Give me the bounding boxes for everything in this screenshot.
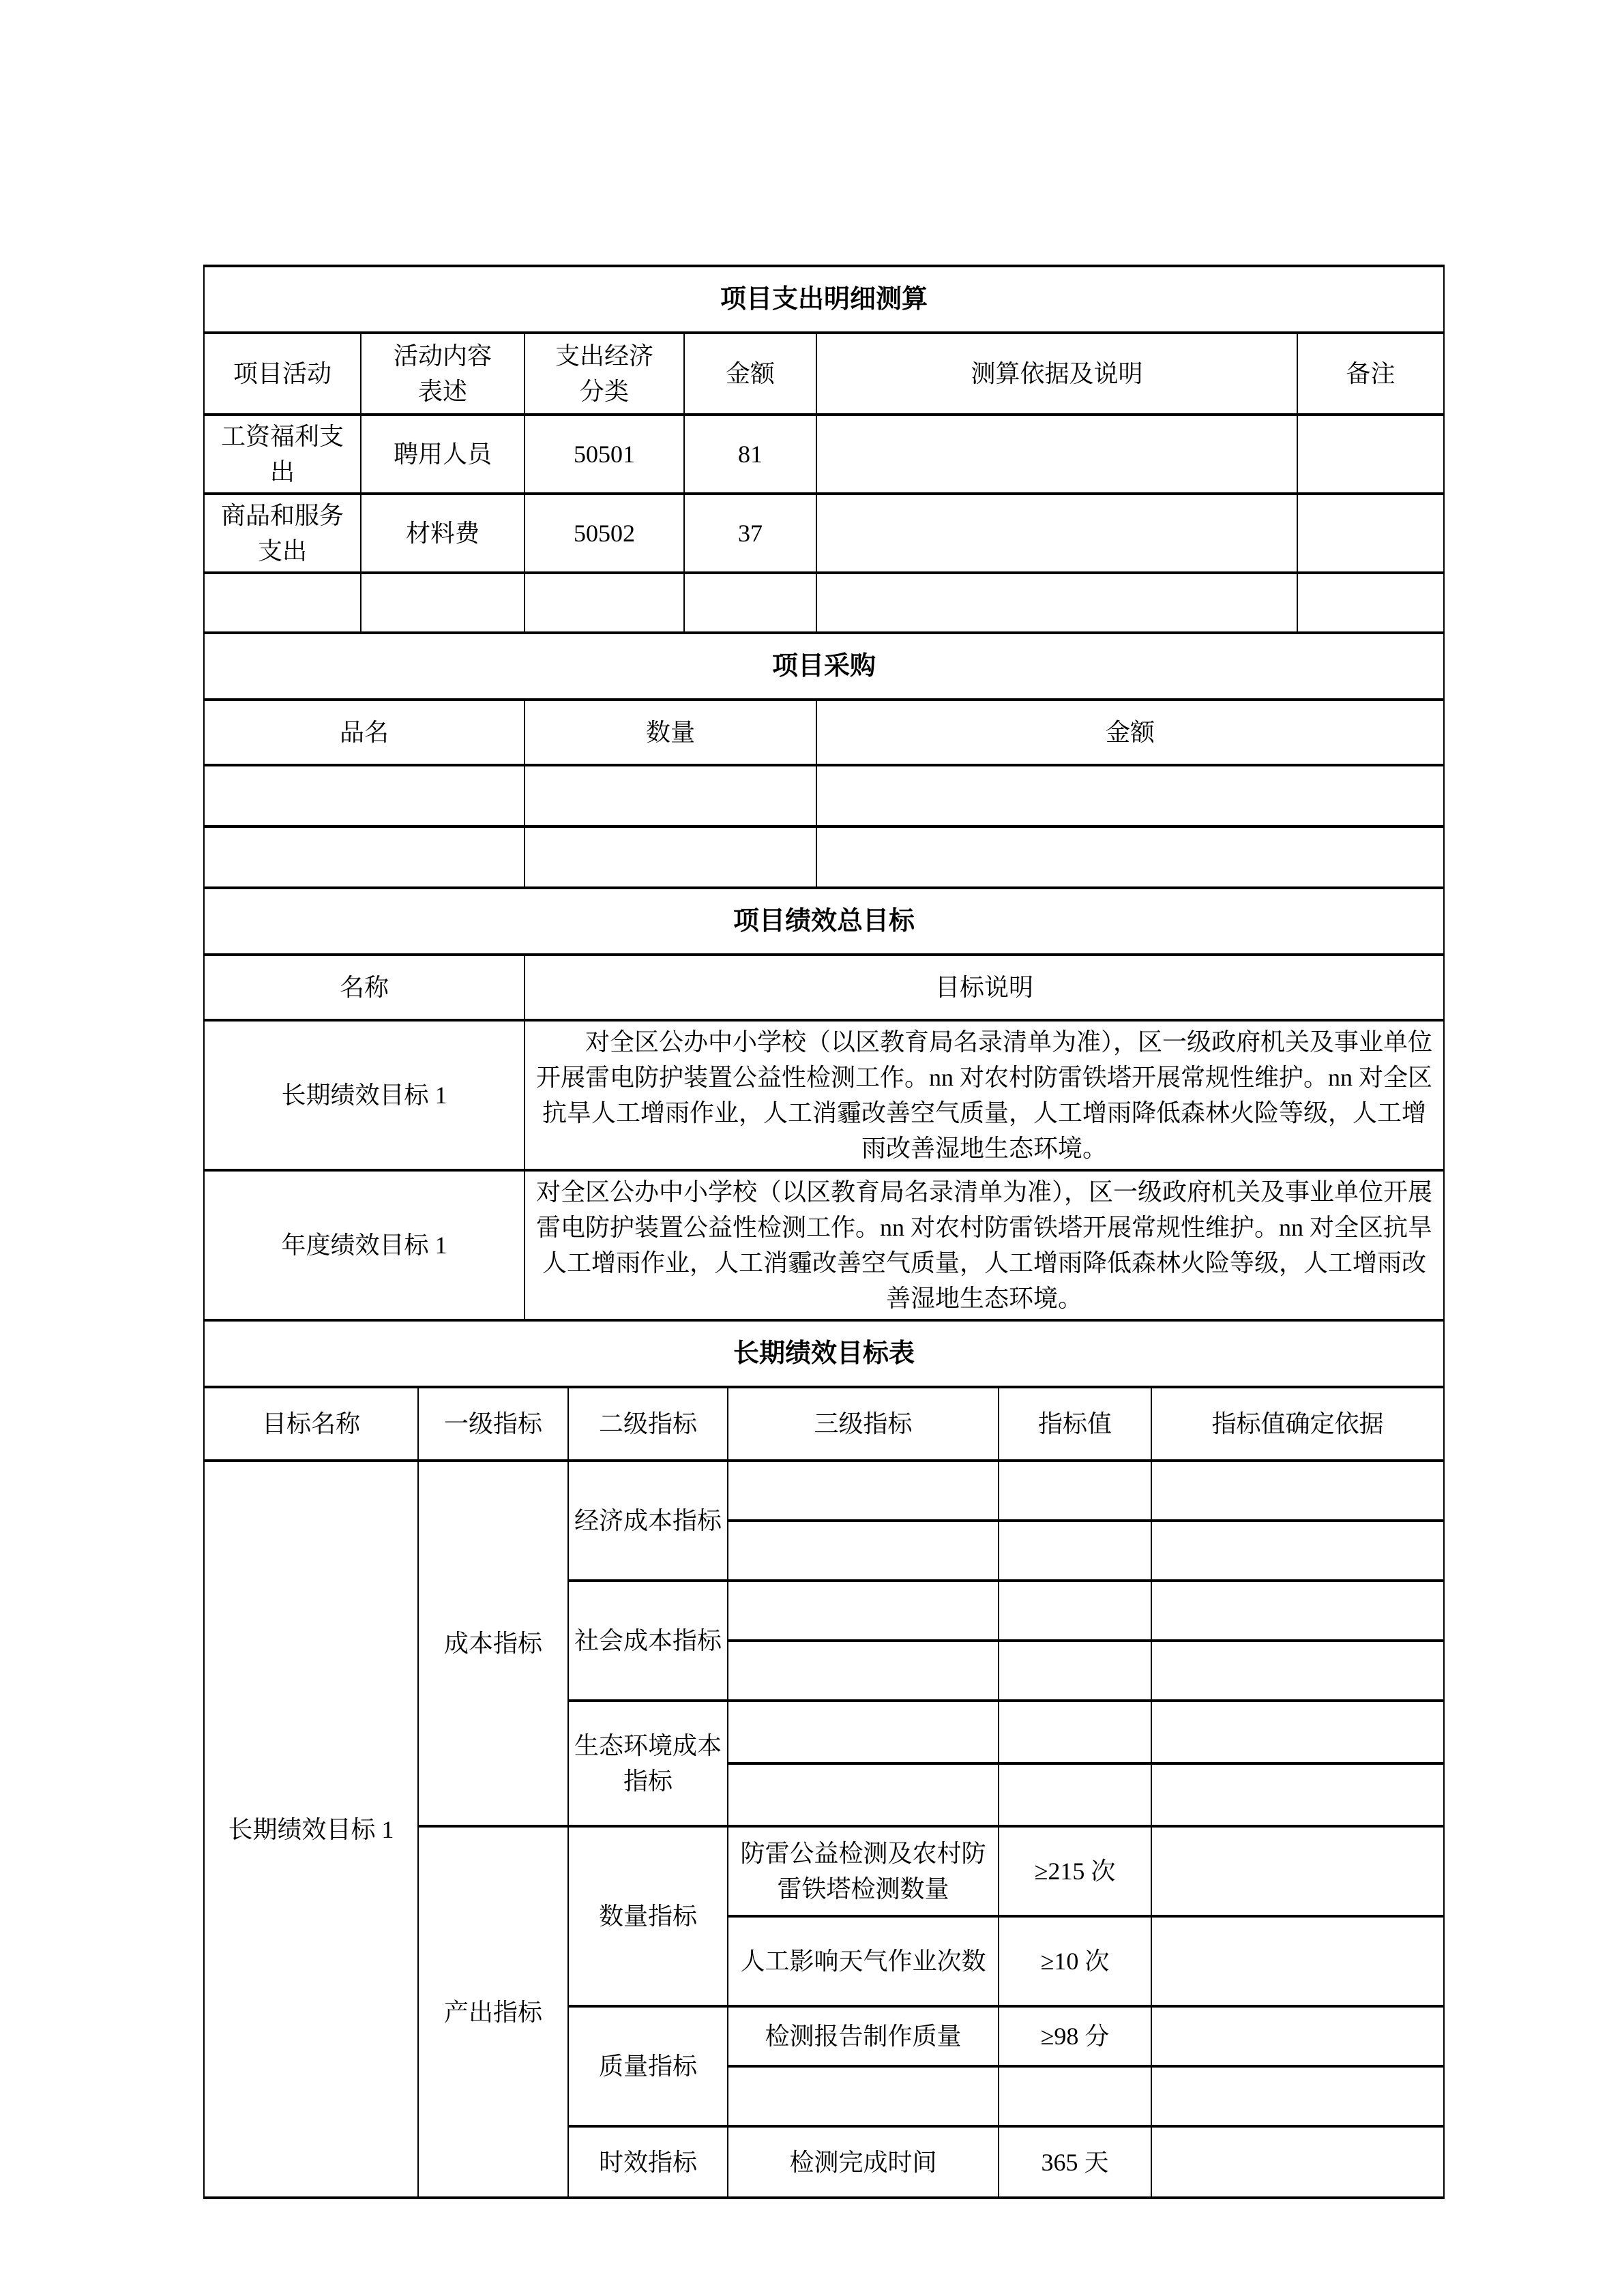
- expense-cell-amount: 37: [684, 494, 816, 573]
- indicator-value-cell: [999, 1701, 1151, 1763]
- indicator-value-cell: [999, 1461, 1151, 1521]
- expense-cell-content: 聘用人员: [361, 415, 525, 494]
- indicator-basis-cell: [1151, 1701, 1444, 1763]
- overall-goal-row: 年度绩效目标 1 对全区公办中小学校（以区教育局名录清单为准），区一级政府机关及…: [204, 1170, 1444, 1320]
- expense-cell-amount: [684, 573, 816, 633]
- level3-cell: [728, 1641, 999, 1701]
- procurement-cell-name: [204, 826, 525, 888]
- longterm-header-level3: 三级指标: [728, 1387, 999, 1461]
- procurement-row-empty: [204, 826, 1444, 888]
- procurement-table-title: 项目采购: [204, 633, 1444, 700]
- longterm-header-basis: 指标值确定依据: [1151, 1387, 1444, 1461]
- expense-row-empty: [204, 573, 1444, 633]
- indicator-basis-cell: [1151, 1641, 1444, 1701]
- procurement-table: 项目采购 品名 数量 金额: [203, 631, 1445, 889]
- expense-cell-activity: [204, 573, 361, 633]
- level3-cell: 检测完成时间: [728, 2126, 999, 2198]
- expense-cell-note: [1297, 573, 1444, 633]
- expense-header-activity: 项目活动: [204, 333, 361, 415]
- indicator-value-cell: ≥215 次: [999, 1826, 1151, 1916]
- longterm-indicator-table: 长期绩效目标表 目标名称 一级指标 二级指标 三级指标 指标值 指标值确定依据 …: [203, 1319, 1445, 2199]
- annual-goal-description: 对全区公办中小学校（以区教育局名录清单为准），区一级政府机关及事业单位开展雷电防…: [525, 1170, 1444, 1320]
- level3-cell: [728, 1763, 999, 1826]
- indicator-basis-cell: [1151, 1826, 1444, 1916]
- procurement-cell-quantity: [525, 765, 816, 826]
- expense-detail-table: 项目支出明细测算 项目活动 活动内容表述 支出经济分类 金额 测算依据及说明 备…: [203, 265, 1445, 634]
- expense-header-amount: 金额: [684, 333, 816, 415]
- level2-quantity-cell: 数量指标: [568, 1826, 728, 2006]
- longterm-header-value: 指标值: [999, 1387, 1151, 1461]
- level1-cost-cell: 成本指标: [418, 1461, 568, 1826]
- expense-table-title: 项目支出明细测算: [204, 266, 1444, 333]
- procurement-header-name: 品名: [204, 700, 525, 765]
- indicator-value-cell: [999, 1581, 1151, 1641]
- level2-economic-cell: 经济成本指标: [568, 1461, 728, 1581]
- level3-cell: [728, 1581, 999, 1641]
- expense-cell-econ-class: 50502: [525, 494, 684, 573]
- indicator-basis-cell: [1151, 1581, 1444, 1641]
- document-page: { "document": { "background_color": "#ff…: [0, 0, 1624, 2296]
- longterm-goal-description: 对全区公办中小学校（以区教育局名录清单为准），区一级政府机关及事业单位开展雷电防…: [525, 1020, 1444, 1170]
- indicator-value-cell: ≥10 次: [999, 1916, 1151, 2006]
- procurement-header-row: 品名 数量 金额: [204, 700, 1444, 765]
- overall-goal-header-description: 目标说明: [525, 955, 1444, 1020]
- procurement-cell-amount: [816, 765, 1444, 826]
- expense-cell-content: 材料费: [361, 494, 525, 573]
- expense-header-content: 活动内容表述: [361, 333, 525, 415]
- expense-cell-activity: 商品和服务支出: [204, 494, 361, 573]
- overall-goal-table: 项目绩效总目标 名称 目标说明 长期绩效目标 1 对全区公办中小学校（以区教育局…: [203, 886, 1445, 1322]
- procurement-cell-amount: [816, 826, 1444, 888]
- longterm-header-row: 目标名称 一级指标 二级指标 三级指标 指标值 指标值确定依据: [204, 1387, 1444, 1461]
- level3-cell: 人工影响天气作业次数: [728, 1916, 999, 2006]
- level3-cell: 防雷公益检测及农村防雷铁塔检测数量: [728, 1826, 999, 1916]
- indicator-basis-cell: [1151, 2066, 1444, 2126]
- expense-cell-econ-class: [525, 573, 684, 633]
- procurement-row-empty: [204, 765, 1444, 826]
- procurement-header-quantity: 数量: [525, 700, 816, 765]
- expense-header-row: 项目活动 活动内容表述 支出经济分类 金额 测算依据及说明 备注: [204, 333, 1444, 415]
- indicator-basis-cell: [1151, 1461, 1444, 1521]
- expense-header-basis: 测算依据及说明: [816, 333, 1297, 415]
- indicator-basis-cell: [1151, 1763, 1444, 1826]
- indicator-basis-cell: [1151, 2006, 1444, 2066]
- goal-name-cell: 长期绩效目标 1: [204, 1461, 418, 2198]
- overall-goal-table-title: 项目绩效总目标: [204, 888, 1444, 955]
- level2-ecological-cell: 生态环境成本指标: [568, 1701, 728, 1826]
- procurement-cell-name: [204, 765, 525, 826]
- longterm-header-goal-name: 目标名称: [204, 1387, 418, 1461]
- expense-row: 工资福利支出 聘用人员 50501 81: [204, 415, 1444, 494]
- expense-row: 商品和服务支出 材料费 50502 37: [204, 494, 1444, 573]
- overall-goal-row: 长期绩效目标 1 对全区公办中小学校（以区教育局名录清单为准），区一级政府机关及…: [204, 1020, 1444, 1170]
- expense-header-note: 备注: [1297, 333, 1444, 415]
- expense-cell-basis: [816, 494, 1297, 573]
- level3-cell: [728, 2066, 999, 2126]
- expense-cell-basis: [816, 573, 1297, 633]
- procurement-header-amount: 金额: [816, 700, 1444, 765]
- level2-quality-cell: 质量指标: [568, 2006, 728, 2126]
- level2-social-cell: 社会成本指标: [568, 1581, 728, 1701]
- indicator-value-cell: [999, 1763, 1151, 1826]
- indicator-value-cell: [999, 2066, 1151, 2126]
- expense-cell-activity: 工资福利支出: [204, 415, 361, 494]
- level3-cell: [728, 1521, 999, 1581]
- expense-cell-basis: [816, 415, 1297, 494]
- indicator-value-cell: ≥98 分: [999, 2006, 1151, 2066]
- expense-cell-amount: 81: [684, 415, 816, 494]
- level3-cell: [728, 1701, 999, 1763]
- expense-cell-note: [1297, 494, 1444, 573]
- overall-goal-header-row: 名称 目标说明: [204, 955, 1444, 1020]
- indicator-row: 长期绩效目标 1 成本指标 经济成本指标: [204, 1461, 1444, 1521]
- indicator-value-cell: [999, 1521, 1151, 1581]
- level2-timeliness-cell: 时效指标: [568, 2126, 728, 2198]
- procurement-cell-quantity: [525, 826, 816, 888]
- longterm-header-level1: 一级指标: [418, 1387, 568, 1461]
- indicator-basis-cell: [1151, 2126, 1444, 2198]
- level3-cell: [728, 1461, 999, 1521]
- longterm-goal-name: 长期绩效目标 1: [204, 1020, 525, 1170]
- level1-output-cell: 产出指标: [418, 1826, 568, 2198]
- annual-goal-name: 年度绩效目标 1: [204, 1170, 525, 1320]
- indicator-value-cell: [999, 1641, 1151, 1701]
- expense-header-econ-class: 支出经济分类: [525, 333, 684, 415]
- indicator-value-cell: 365 天: [999, 2126, 1151, 2198]
- overall-goal-header-name: 名称: [204, 955, 525, 1020]
- expense-cell-econ-class: 50501: [525, 415, 684, 494]
- document-sheet: 项目支出明细测算 项目活动 活动内容表述 支出经济分类 金额 测算依据及说明 备…: [203, 265, 1443, 2199]
- indicator-basis-cell: [1151, 1521, 1444, 1581]
- indicator-basis-cell: [1151, 1916, 1444, 2006]
- longterm-table-title: 长期绩效目标表: [204, 1320, 1444, 1387]
- expense-cell-content: [361, 573, 525, 633]
- level3-cell: 检测报告制作质量: [728, 2006, 999, 2066]
- expense-cell-note: [1297, 415, 1444, 494]
- longterm-header-level2: 二级指标: [568, 1387, 728, 1461]
